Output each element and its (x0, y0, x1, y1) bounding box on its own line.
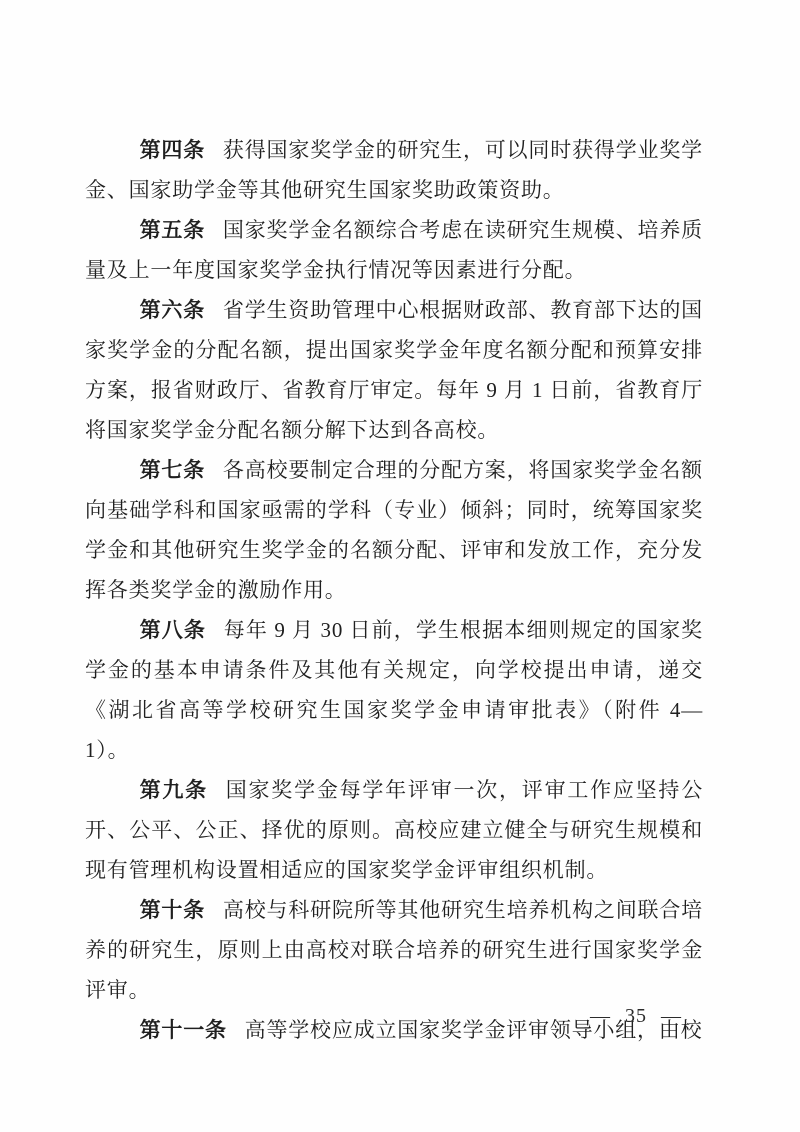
page-number: — 35 — (590, 1005, 682, 1028)
article-6-label: 第六条 (140, 298, 205, 322)
article-10-label: 第十条 (140, 898, 205, 922)
article-6-paragraph: 第六条省学生资助管理中心根据财政部、教育部下达的国家奖学金的分配名额，提出国家奖… (85, 290, 703, 450)
document-page: 第四条获得国家奖学金的研究生，可以同时获得学业奖学金、国家助学金等其他研究生国家… (0, 0, 800, 1132)
document-body: 第四条获得国家奖学金的研究生，可以同时获得学业奖学金、国家助学金等其他研究生国家… (85, 130, 703, 1050)
article-9-paragraph: 第九条国家奖学金每学年评审一次，评审工作应坚持公开、公平、公正、择优的原则。高校… (85, 770, 703, 890)
article-5-label: 第五条 (140, 218, 205, 242)
article-4-label: 第四条 (140, 138, 205, 162)
article-9-label: 第九条 (140, 778, 208, 802)
article-10-paragraph: 第十条高校与科研院所等其他研究生培养机构之间联合培养的研究生，原则上由高校对联合… (85, 890, 703, 1010)
article-11-label: 第十一条 (140, 1018, 227, 1042)
article-7-paragraph: 第七条各高校要制定合理的分配方案，将国家奖学金名额向基础学科和国家亟需的学科（专… (85, 450, 703, 610)
article-7-label: 第七条 (140, 458, 205, 482)
article-8-label: 第八条 (140, 618, 206, 642)
article-5-paragraph: 第五条国家奖学金名额综合考虑在读研究生规模、培养质量及上一年度国家奖学金执行情况… (85, 210, 703, 290)
article-8-paragraph: 第八条每年 9 月 30 日前，学生根据本细则规定的国家奖学金的基本申请条件及其… (85, 610, 703, 770)
article-4-paragraph: 第四条获得国家奖学金的研究生，可以同时获得学业奖学金、国家助学金等其他研究生国家… (85, 130, 703, 210)
